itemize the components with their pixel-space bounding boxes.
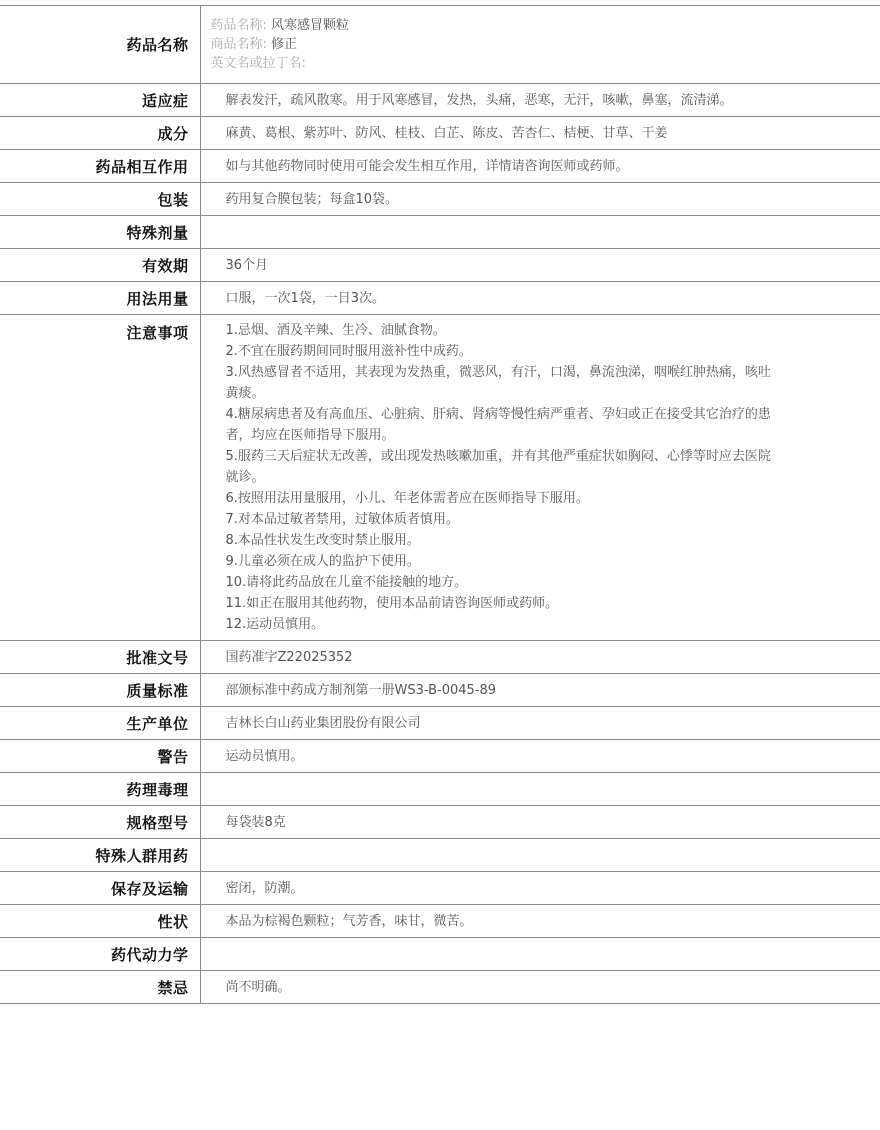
list-item: 2.不宜在服药期间同时服用滋补性中成药。 — [226, 341, 776, 362]
row-value: 密闭，防潮。 — [200, 872, 880, 905]
row-label: 警告 — [0, 740, 200, 773]
list-item: 1.忌烟、酒及辛辣、生冷、油腻食物。 — [226, 320, 776, 341]
row-pharmacology: 药理毒理 — [0, 773, 880, 806]
generic-name-value: 风寒感冒颗粒 — [271, 18, 349, 33]
row-value: 药用复合膜包装；每盒10袋。 — [200, 183, 880, 216]
row-label: 适应症 — [0, 84, 200, 117]
trade-name-value: 修正 — [271, 37, 297, 52]
drug-spec-table: 药品名称 药品名称: 风寒感冒颗粒 商品名称: 修正 英文名或拉丁名: 适应症 … — [0, 5, 880, 1004]
trade-name-line: 商品名称: 修正 — [211, 35, 880, 54]
row-manufacturer: 生产单位 吉林长白山药业集团股份有限公司 — [0, 707, 880, 740]
row-value — [200, 839, 880, 872]
row-label: 包装 — [0, 183, 200, 216]
row-pharmacokinetics: 药代动力学 — [0, 938, 880, 971]
list-item: 3.风热感冒者不适用，其表现为发热重，微恶风，有汗，口渴，鼻流浊涕，咽喉红肿热痛… — [226, 362, 776, 404]
row-label: 药品相互作用 — [0, 150, 200, 183]
row-label: 禁忌 — [0, 971, 200, 1004]
trade-name-key: 商品名称: — [211, 37, 267, 52]
row-value — [200, 773, 880, 806]
row-drug-name: 药品名称 药品名称: 风寒感冒颗粒 商品名称: 修正 英文名或拉丁名: — [0, 6, 880, 84]
row-value: 每袋装8克 — [200, 806, 880, 839]
row-shelf-life: 有效期 36个月 — [0, 249, 880, 282]
row-special-dosage: 特殊剂量 — [0, 216, 880, 249]
row-label: 药代动力学 — [0, 938, 200, 971]
row-label: 药理毒理 — [0, 773, 200, 806]
row-value: 本品为棕褐色颗粒；气芳香，味甘，微苦。 — [200, 905, 880, 938]
list-item: 10.请将此药品放在儿童不能接触的地方。 — [226, 572, 776, 593]
list-item: 12.运动员慎用。 — [226, 614, 776, 635]
row-label: 质量标准 — [0, 674, 200, 707]
row-label: 规格型号 — [0, 806, 200, 839]
row-value: 运动员慎用。 — [200, 740, 880, 773]
row-value: 口服，一次1袋，一日3次。 — [200, 282, 880, 315]
row-ingredients: 成分 麻黄、葛根、紫苏叶、防风、桂枝、白芷、陈皮、苦杏仁、桔梗、甘草、干姜 — [0, 117, 880, 150]
row-label: 成分 — [0, 117, 200, 150]
list-item: 5.服药三天后症状无改善，或出现发热咳嗽加重，并有其他严重症状如胸闷、心悸等时应… — [226, 446, 776, 488]
row-value: 吉林长白山药业集团股份有限公司 — [200, 707, 880, 740]
row-quality-standard: 质量标准 部颁标准中药成方制剂第一册WS3-B-0045-89 — [0, 674, 880, 707]
list-item: 11.如正在服用其他药物，使用本品前请咨询医师或药师。 — [226, 593, 776, 614]
row-label: 保存及运输 — [0, 872, 200, 905]
row-value: 解表发汗，疏风散寒。用于风寒感冒，发热，头痛，恶寒，无汗，咳嗽，鼻塞，流清涕。 — [200, 84, 880, 117]
row-label: 性状 — [0, 905, 200, 938]
list-item: 6.按照用法用量服用，小儿、年老体需者应在医师指导下服用。 — [226, 488, 776, 509]
english-name-line: 英文名或拉丁名: — [211, 54, 880, 73]
row-indications: 适应症 解表发汗，疏风散寒。用于风寒感冒，发热，头痛，恶寒，无汗，咳嗽，鼻塞，流… — [0, 84, 880, 117]
row-label: 用法用量 — [0, 282, 200, 315]
row-contraindications: 禁忌 尚不明确。 — [0, 971, 880, 1004]
row-value — [200, 216, 880, 249]
english-name-key: 英文名或拉丁名: — [211, 56, 306, 71]
row-label: 注意事项 — [0, 315, 200, 641]
row-specification: 规格型号 每袋装8克 — [0, 806, 880, 839]
row-special-populations: 特殊人群用药 — [0, 839, 880, 872]
row-label: 生产单位 — [0, 707, 200, 740]
row-drug-interactions: 药品相互作用 如与其他药物同时使用可能会发生相互作用，详情请咨询医师或药师。 — [0, 150, 880, 183]
generic-name-line: 药品名称: 风寒感冒颗粒 — [211, 16, 880, 35]
row-value: 药品名称: 风寒感冒颗粒 商品名称: 修正 英文名或拉丁名: — [200, 6, 880, 84]
row-value: 国药准字Z22025352 — [200, 641, 880, 674]
row-label: 药品名称 — [0, 6, 200, 84]
row-label: 有效期 — [0, 249, 200, 282]
row-value: 如与其他药物同时使用可能会发生相互作用，详情请咨询医师或药师。 — [200, 150, 880, 183]
row-packaging: 包装 药用复合膜包装；每盒10袋。 — [0, 183, 880, 216]
row-label: 特殊人群用药 — [0, 839, 200, 872]
row-value: 1.忌烟、酒及辛辣、生冷、油腻食物。 2.不宜在服药期间同时服用滋补性中成药。 … — [200, 315, 880, 641]
row-value: 36个月 — [200, 249, 880, 282]
row-label: 特殊剂量 — [0, 216, 200, 249]
row-dosage: 用法用量 口服，一次1袋，一日3次。 — [0, 282, 880, 315]
precautions-list: 1.忌烟、酒及辛辣、生冷、油腻食物。 2.不宜在服药期间同时服用滋补性中成药。 … — [226, 320, 776, 635]
row-storage: 保存及运输 密闭，防潮。 — [0, 872, 880, 905]
row-appearance: 性状 本品为棕褐色颗粒；气芳香，味甘，微苦。 — [0, 905, 880, 938]
generic-name-key: 药品名称: — [211, 18, 267, 33]
row-value: 尚不明确。 — [200, 971, 880, 1004]
row-value: 麻黄、葛根、紫苏叶、防风、桂枝、白芷、陈皮、苦杏仁、桔梗、甘草、干姜 — [200, 117, 880, 150]
row-value: 部颁标准中药成方制剂第一册WS3-B-0045-89 — [200, 674, 880, 707]
row-value — [200, 938, 880, 971]
row-label: 批准文号 — [0, 641, 200, 674]
list-item: 8.本品性状发生改变时禁止服用。 — [226, 530, 776, 551]
row-precautions: 注意事项 1.忌烟、酒及辛辣、生冷、油腻食物。 2.不宜在服药期间同时服用滋补性… — [0, 315, 880, 641]
list-item: 9.儿童必须在成人的监护下使用。 — [226, 551, 776, 572]
list-item: 4.糖尿病患者及有高血压、心脏病、肝病、肾病等慢性病严重者、孕妇或正在接受其它治… — [226, 404, 776, 446]
row-approval-number: 批准文号 国药准字Z22025352 — [0, 641, 880, 674]
list-item: 7.对本品过敏者禁用，过敏体质者慎用。 — [226, 509, 776, 530]
row-warning: 警告 运动员慎用。 — [0, 740, 880, 773]
